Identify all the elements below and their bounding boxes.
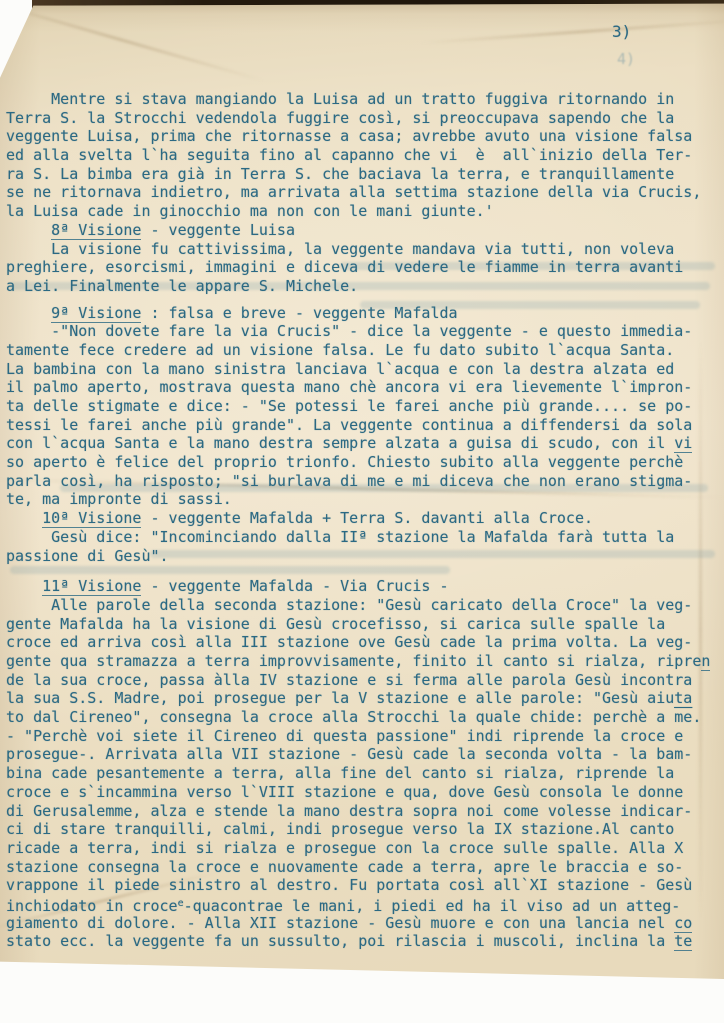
section-heading: 11ª Visione - veggente Mafalda - Via Cru… [6, 577, 720, 596]
heading-rest-text: - veggente Luisa [141, 221, 295, 239]
text-line: ed alla svelta l`ha seguita fino al capa… [6, 146, 720, 165]
scanned-document: 3) 4) Mentre si stava mangiando la Luisa… [0, 0, 724, 1023]
text-line: ricade a terra, indi si rialza e prosegu… [6, 839, 720, 858]
text-segment: la Luisa cade in ginocchio ma non con le… [6, 202, 494, 220]
text-line: croce e s`incammina verso l`VIII stazion… [6, 783, 720, 802]
text-line: stato ecc. la veggente fa un sussulto, p… [6, 932, 720, 951]
text-segment: ci di stare tranquilli, calmi, indi pros… [6, 820, 674, 838]
text-segment: ed alla svelta l`ha seguita fino al capa… [6, 146, 692, 164]
text-segment: prosegue-. Arrivata alla VII stazione - … [6, 745, 692, 763]
text-segment: se ne ritornava indietro, ma arrivata al… [6, 183, 701, 201]
text-segment: vrappone il piede sinistro al destro. Fu… [6, 876, 692, 894]
text-segment: bina cade pesantemente a terra, alla fin… [6, 764, 674, 782]
text-segment: di Gerusalemme, alza e stende la mano de… [6, 802, 692, 820]
heading-rest-text: : falsa e breve - veggente Mafalda [141, 304, 457, 322]
text-line: con l`acqua Santa e la mano destra sempr… [6, 434, 720, 453]
text-segment: - "Perchè voi siete il Cireneo di questa… [6, 727, 683, 745]
text-segment: ricade a terra, indi si rialza e prosegu… [6, 839, 683, 857]
text-line: giamento di dolore. - Alla XII stazione … [6, 914, 720, 933]
text-segment: so aperto è felice del proprio trionfo. … [6, 453, 683, 471]
text-line: passione di Gesù". [6, 547, 720, 566]
heading-rest-text: - veggente Mafalda - Via Crucis - [141, 577, 448, 595]
text-segment: to dal Cireneo", consegna la croce alla … [6, 708, 674, 726]
paper-crease [420, 18, 724, 44]
text-line: veggente Luisa, prima che ritornasse a c… [6, 127, 720, 146]
page-number: 3) [612, 22, 631, 41]
heading-indent [6, 577, 42, 595]
text-segment: La visione fu cattivissima, la veggente … [6, 240, 674, 258]
text-line: te, ma impronte di sassi. [6, 490, 720, 509]
text-line: tamente fece credere ad un visione falsa… [6, 341, 720, 360]
paragraph: Mentre si stava mangiando la Luisa ad un… [6, 90, 720, 221]
heading-underlined-text: 11ª Visione [42, 577, 141, 596]
text-line: prosegue-. Arrivata alla VII stazione - … [6, 745, 720, 764]
section-heading: 10ª Visione - veggente Mafalda + Terra S… [6, 509, 720, 528]
text-segment: ta delle stigmate e dice: - "Se potessi … [6, 397, 692, 415]
text-segment: Alle parole della seconda stazione: "Ges… [6, 596, 692, 614]
text-line: la Luisa cade in ginocchio ma non con le… [6, 202, 720, 221]
text-segment-u: vi [674, 434, 692, 453]
text-segment: con l`acqua Santa e la mano destra sempr… [6, 434, 674, 452]
text-line: La visione fu cattivissima, la veggente … [6, 240, 720, 259]
text-segment: la sua S.S. Madre, poi prosegue per la V… [6, 689, 674, 707]
text-line: ci di stare tranquilli, calmi, indi pros… [6, 820, 720, 839]
paragraph: -"Non dovete fare la via Crucis" - dice … [6, 322, 720, 509]
text-line: Mentre si stava mangiando la Luisa ad un… [6, 90, 720, 109]
text-line: -"Non dovete fare la via Crucis" - dice … [6, 322, 720, 341]
text-segment: a Lei. Finalmente le appare S. Michele. [6, 277, 358, 295]
text-line: a Lei. Finalmente le appare S. Michele. [6, 277, 720, 296]
text-segment: te, ma impronte di sassi. [6, 490, 232, 508]
text-line: La bambina con la mano sinistra lanciava… [6, 360, 720, 379]
text-line: parla così, ha risposto; "si burlava di … [6, 472, 720, 491]
text-line: bina cade pesantemente a terra, alla fin… [6, 764, 720, 783]
text-segment: . [692, 708, 701, 726]
text-line: gente Mafalda ha la visione di Gesù croc… [6, 615, 720, 634]
document-body: Mentre si stava mangiando la Luisa ad un… [6, 90, 720, 951]
text-line: vrappone il piede sinistro al destro. Fu… [6, 876, 720, 895]
text-line: gente qua stramazza a terra improvvisame… [6, 652, 720, 671]
text-segment: veggente Luisa, prima che ritornasse a c… [6, 127, 692, 145]
text-line: to dal Cireneo", consegna la croce alla … [6, 708, 720, 727]
text-line: Terra S. la Strocchi vedendola fuggire c… [6, 109, 720, 128]
text-line: de la sua croce, passa àlla IV stazione … [6, 671, 720, 690]
text-segment: stazione consegna la croce e nuovamente … [6, 858, 683, 876]
section-heading: 9ª Visione : falsa e breve - veggente Ma… [6, 304, 720, 323]
paragraph: Gesù dice: "Incominciando dalla IIª staz… [6, 528, 720, 565]
text-segment: gente qua stramazza a terra improvvisame… [6, 652, 701, 670]
text-segment: il palmo aperto, mostrava questa mano ch… [6, 378, 692, 396]
text-segment: preghiere, esorcismi, immagini e diceva … [6, 258, 683, 276]
text-line: croce ed arriva così alla III stazione o… [6, 633, 720, 652]
text-line: preghiere, esorcismi, immagini e diceva … [6, 258, 720, 277]
text-line: di Gerusalemme, alza e stende la mano de… [6, 802, 720, 821]
text-segment: croce e s`incammina verso l`VIII stazion… [6, 783, 683, 801]
text-line: inchiodato in crocee-quacontrae le mani,… [6, 895, 720, 914]
heading-indent [6, 221, 51, 239]
section-heading: 8ª Visione - veggente Luisa [6, 221, 720, 240]
text-line: Gesù dice: "Incominciando dalla IIª staz… [6, 528, 720, 547]
text-segment: tessi le farei anche più grande". La veg… [6, 416, 692, 434]
text-segment: gente Mafalda ha la visione di Gesù croc… [6, 615, 665, 633]
text-segment-u: ta [674, 689, 692, 708]
text-segment: parla così, ha risposto; "si burlava di … [6, 472, 692, 490]
heading-underlined-text: 8ª Visione [51, 221, 141, 240]
text-segment-u: te [674, 932, 692, 951]
text-segment: stato ecc. la veggente fa un sussulto, p… [6, 932, 674, 950]
text-segment: Mentre si stava mangiando la Luisa ad un… [6, 90, 674, 108]
text-line: la sua S.S. Madre, poi prosegue per la V… [6, 689, 720, 708]
paper-crease [0, 0, 265, 82]
text-segment: passione di Gesù". [6, 547, 169, 565]
text-line: - "Perchè voi siete il Cireneo di questa… [6, 727, 720, 746]
text-line: ra S. La bimba era già in Terra S. che b… [6, 165, 720, 184]
text-segment: giamento di dolore. - Alla XII stazione … [6, 914, 674, 932]
text-segment: La bambina con la mano sinistra lanciava… [6, 360, 674, 378]
text-segment: Terra S. la Strocchi vedendola fuggire c… [6, 109, 674, 127]
heading-underlined-text: 10ª Visione [42, 509, 141, 528]
heading-indent [6, 509, 42, 527]
text-line: tessi le farei anche più grande". La veg… [6, 416, 720, 435]
text-segment-u: n [701, 652, 710, 671]
text-line: se ne ritornava indietro, ma arrivata al… [6, 183, 720, 202]
text-line: Alle parole della seconda stazione: "Ges… [6, 596, 720, 615]
text-segment: Gesù dice: "Incominciando dalla IIª staz… [6, 528, 674, 546]
text-segment: -quacontrae le mani, i piedi ed ha il vi… [184, 897, 681, 915]
text-line: stazione consegna la croce e nuovamente … [6, 858, 720, 877]
paper-sheet: 3) 4) Mentre si stava mangiando la Luisa… [0, 0, 724, 1023]
text-segment: inchiodato in croce [6, 897, 178, 915]
bleed-page-number: 4) [617, 50, 635, 68]
paragraph: Alle parole della seconda stazione: "Ges… [6, 596, 720, 951]
text-line: so aperto è felice del proprio trionfo. … [6, 453, 720, 472]
heading-rest-text: - veggente Mafalda + Terra S. davanti al… [141, 509, 593, 527]
paragraph: La visione fu cattivissima, la veggente … [6, 240, 720, 296]
text-segment: tamente fece credere ad un visione falsa… [6, 341, 674, 359]
text-segment: croce ed arriva così alla III stazione o… [6, 633, 692, 651]
text-segment-u: co [674, 914, 692, 933]
text-segment-o: me [674, 708, 692, 726]
text-segment: ra S. La bimba era già in Terra S. che b… [6, 165, 674, 183]
text-line: ta delle stigmate e dice: - "Se potessi … [6, 397, 720, 416]
text-segment: de la sua croce, passa àlla IV stazione … [6, 671, 692, 689]
text-line: il palmo aperto, mostrava questa mano ch… [6, 378, 720, 397]
heading-underlined-text: 9ª Visione [51, 304, 141, 323]
text-segment: -"Non dovete fare la via Crucis" - dice … [6, 322, 692, 340]
heading-indent [6, 304, 51, 322]
